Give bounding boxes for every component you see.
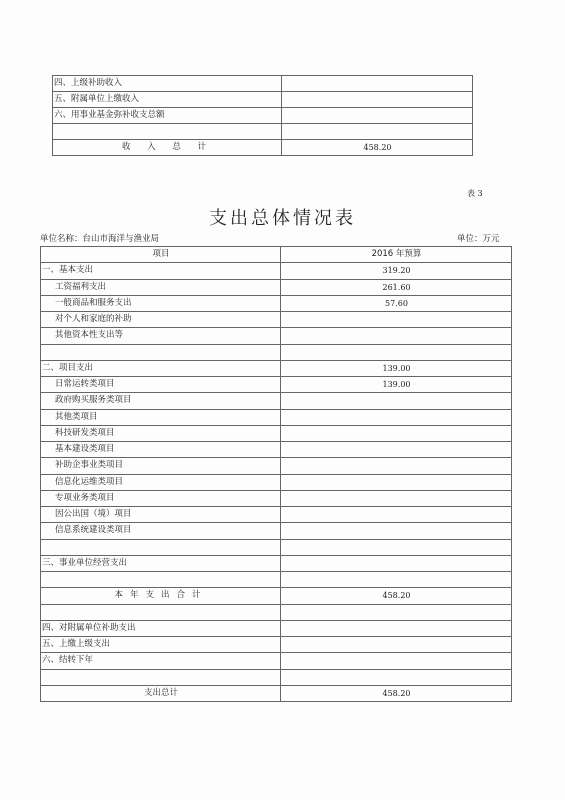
row-label: 信息化运维类项目 — [41, 474, 281, 490]
table-row: 因公出国（境）项目 — [41, 507, 512, 523]
row-label: 本年支出合计 — [41, 588, 281, 604]
row-value — [281, 425, 512, 441]
table-row: 政府购买服务类项目 — [41, 393, 512, 409]
table-row — [41, 604, 512, 620]
row-label: 基本建设类项目 — [41, 442, 281, 458]
expense-table: 项目 2016 年预算 一、基本支出319.20工资福利支出261.60一般商品… — [40, 246, 512, 702]
row-value: 458.20 — [281, 685, 512, 701]
row-label: 四、上级补助收入 — [53, 76, 282, 92]
table-row: 五、上缴上级支出 — [41, 637, 512, 653]
row-label: 六、结转下年 — [41, 653, 281, 669]
table-row: 补助企事业类项目 — [41, 458, 512, 474]
unit-name: 单位名称：台山市海洋与渔业局 — [40, 232, 159, 244]
row-value — [281, 555, 512, 571]
row-label: 对个人和家庭的补助 — [41, 312, 281, 328]
row-label: 日常运转类项目 — [41, 377, 281, 393]
table-row: 本年支出合计458.20 — [41, 588, 512, 604]
row-value — [281, 312, 512, 328]
table-row: 支出总计458.20 — [41, 685, 512, 701]
row-label — [53, 124, 282, 140]
row-value — [281, 637, 512, 653]
row-label: 信息系统建设类项目 — [41, 523, 281, 539]
income-table-tail: 四、上级补助收入五、附属单位上缴收入六、用事业基金弥补收支总额收 入 总 计45… — [52, 75, 473, 156]
table-row: 其他资本性支出等 — [41, 328, 512, 344]
table-row: 四、对附属单位补助支出 — [41, 620, 512, 636]
row-label: 其他类项目 — [41, 409, 281, 425]
row-label: 五、附属单位上缴收入 — [53, 92, 282, 108]
row-value — [281, 490, 512, 506]
table-header-row: 项目 2016 年预算 — [41, 247, 512, 263]
row-value — [281, 393, 512, 409]
table-row — [41, 344, 512, 360]
table-row: 科技研发类项目 — [41, 425, 512, 441]
table-row: 信息系统建设类项目 — [41, 523, 512, 539]
table-row: 其他类项目 — [41, 409, 512, 425]
row-value — [281, 539, 512, 555]
row-value: 261.60 — [281, 279, 512, 295]
row-label: 科技研发类项目 — [41, 425, 281, 441]
row-label: 五、上缴上级支出 — [41, 637, 281, 653]
income-total-row: 收 入 总 计458.20 — [53, 140, 473, 156]
table-row: 信息化运维类项目 — [41, 474, 512, 490]
table-row: 专项业务类项目 — [41, 490, 512, 506]
table-row — [41, 539, 512, 555]
table-row — [41, 572, 512, 588]
row-value — [282, 124, 473, 140]
row-label: 因公出国（境）项目 — [41, 507, 281, 523]
row-value — [281, 620, 512, 636]
row-value — [282, 76, 473, 92]
row-label — [41, 539, 281, 555]
page-title: 支出总体情况表 — [0, 204, 565, 230]
row-label — [41, 604, 281, 620]
table-row: 四、上级补助收入 — [53, 76, 473, 92]
column-header-budget: 2016 年预算 — [281, 247, 512, 263]
row-label — [41, 344, 281, 360]
table-row: 日常运转类项目139.00 — [41, 377, 512, 393]
row-label: 四、对附属单位补助支出 — [41, 620, 281, 636]
currency-unit: 单位：万元 — [457, 232, 500, 244]
row-value — [281, 507, 512, 523]
row-value: 319.20 — [281, 263, 512, 279]
table-row: 一般商品和服务支出57.60 — [41, 295, 512, 311]
row-value — [281, 572, 512, 588]
row-value — [281, 653, 512, 669]
row-value — [281, 458, 512, 474]
row-label: 支出总计 — [41, 685, 281, 701]
total-label: 收 入 总 计 — [53, 140, 282, 156]
row-label: 二、项目支出 — [41, 360, 281, 376]
row-label: 一般商品和服务支出 — [41, 295, 281, 311]
table-row: 六、结转下年 — [41, 653, 512, 669]
row-label: 专项业务类项目 — [41, 490, 281, 506]
row-label: 补助企事业类项目 — [41, 458, 281, 474]
row-value — [281, 409, 512, 425]
table-row — [53, 124, 473, 140]
row-value — [281, 669, 512, 685]
table-row: 二、项目支出139.00 — [41, 360, 512, 376]
table-row: 三、事业单位经营支出 — [41, 555, 512, 571]
row-label: 其他资本性支出等 — [41, 328, 281, 344]
row-value — [281, 604, 512, 620]
row-value — [281, 474, 512, 490]
table-row: 五、附属单位上缴收入 — [53, 92, 473, 108]
row-value — [281, 523, 512, 539]
table-row: 六、用事业基金弥补收支总额 — [53, 108, 473, 124]
row-label — [41, 669, 281, 685]
column-header-item: 项目 — [41, 247, 281, 263]
table-number: 表 3 — [467, 188, 483, 199]
row-value: 139.00 — [281, 360, 512, 376]
row-value — [282, 108, 473, 124]
row-value: 139.00 — [281, 377, 512, 393]
table-row: 工资福利支出261.60 — [41, 279, 512, 295]
row-value — [281, 344, 512, 360]
row-label: 三、事业单位经营支出 — [41, 555, 281, 571]
row-label: 政府购买服务类项目 — [41, 393, 281, 409]
row-label: 六、用事业基金弥补收支总额 — [53, 108, 282, 124]
table-row — [41, 669, 512, 685]
row-value — [282, 92, 473, 108]
table-row: 基本建设类项目 — [41, 442, 512, 458]
row-value — [281, 442, 512, 458]
total-value: 458.20 — [282, 140, 473, 156]
row-label: 工资福利支出 — [41, 279, 281, 295]
table-row: 对个人和家庭的补助 — [41, 312, 512, 328]
row-label: 一、基本支出 — [41, 263, 281, 279]
table-row: 一、基本支出319.20 — [41, 263, 512, 279]
row-value: 57.60 — [281, 295, 512, 311]
row-value — [281, 328, 512, 344]
row-label — [41, 572, 281, 588]
row-value: 458.20 — [281, 588, 512, 604]
